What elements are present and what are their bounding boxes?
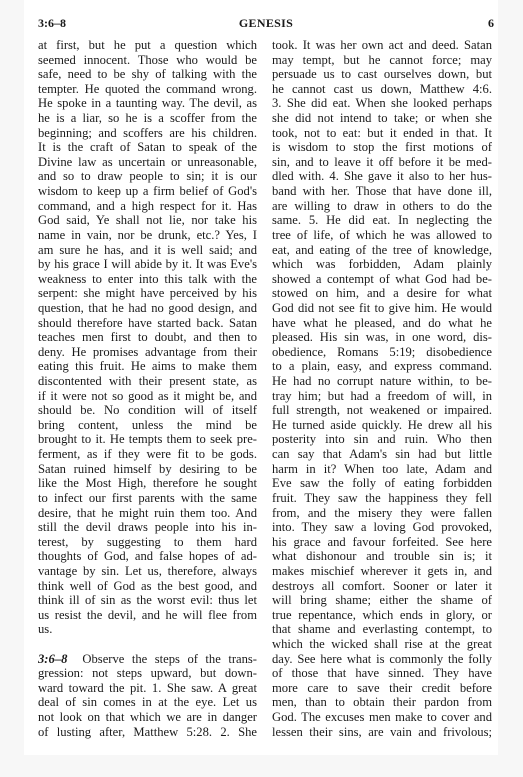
text-line: seemed innocent. Those who would be	[38, 53, 257, 68]
text-line: band with her. Those that have done ill,	[272, 184, 492, 199]
text-line: by his grace I will abide by it. It was …	[38, 257, 257, 272]
text-line: full strength, not weakened or impaired.	[272, 403, 492, 418]
text-line: to a plain, easy, and express command.	[272, 359, 492, 374]
text-line: think ill of sin as the worst evil: thus…	[38, 593, 257, 608]
text-line: fruit. They saw the happiness they fell	[272, 491, 492, 506]
text-line: to infect our first parents with the sam…	[38, 491, 257, 506]
text-line: beginning; and scoffers are his children…	[38, 126, 257, 141]
text-line: gression: not steps upward, but down-	[38, 666, 257, 681]
text-line: think well of God as the best good, and	[38, 579, 257, 594]
text-line: bring content, unless the mind be	[38, 418, 257, 433]
text-line: question, that he had no good design, an…	[38, 301, 257, 316]
book-title: GENESIS	[38, 16, 494, 31]
text-line: discontented with their present state, a…	[38, 374, 257, 389]
text-line: what dishonour and trouble sin is; it	[272, 549, 492, 564]
commentary-paragraph-1: at first, but he put a question whichsee…	[38, 38, 257, 637]
text-line: showed a contempt of what God had be-	[272, 272, 492, 287]
text-line: stowed on him, and a desire for what	[272, 286, 492, 301]
text-line: deal of sin comes in at the eye. Let us	[38, 695, 257, 710]
text-line: into. They saw a loving God provoked,	[272, 520, 492, 535]
text-line: pleased. His sin was, in one word, dis-	[272, 330, 492, 345]
text-line: she did not intend to take; or when she	[272, 111, 492, 126]
text-line: not look on that which we are in danger	[38, 710, 257, 725]
text-line: vantage by sin. Let us, therefore, alway…	[38, 564, 257, 579]
text-line: tree of life, of which he was allowed to	[272, 228, 492, 243]
verse-reference: 3:6–8	[38, 652, 67, 666]
text-line: dled with. 4. She gave it also to her hu…	[272, 169, 492, 184]
text-line: took, not to eat: but it ended in that. …	[272, 126, 492, 141]
text-line: Satan ruined himself by desiring to be	[38, 462, 257, 477]
text-line: are willing to draw in others to do the	[272, 199, 492, 214]
text-line: us resist the devil, and he will flee fr…	[38, 608, 257, 623]
text-line: have what he pleased, and do what he	[272, 316, 492, 331]
text-line: which the wicked shall rise at the great	[272, 637, 492, 652]
text-line: safe, need to be shy of talking with the	[38, 67, 257, 82]
text-line: like the Most High, therefore he sought	[38, 476, 257, 491]
text-line: sin, and to leave it off before it be me…	[272, 155, 492, 170]
paragraph-first-line: 3:6–8 Observe the steps of the trans-	[38, 652, 257, 667]
text-line: He turned aside quickly. He drew all his	[272, 418, 492, 433]
text-line: which was forbidden, Adam plainly	[272, 257, 492, 272]
text-line: deny. He promises advantage from their	[38, 345, 257, 360]
text-line: weakness to enter into this talk with th…	[38, 272, 257, 287]
paragraph-gap	[38, 637, 257, 652]
text-line: posterity into sin and ruin. Who then	[272, 432, 492, 447]
text-line: Observe the steps of the trans-	[82, 652, 257, 666]
text-line: He had no corrupt nature within, to be-	[272, 374, 492, 389]
text-line: ferment, as if they were fit to be gods.	[38, 447, 257, 462]
text-line: serpent: she might have perceived by his	[38, 286, 257, 301]
text-line: God said, Ye shall not lie, nor take his	[38, 213, 257, 228]
text-line: terest, by suggesting to them hard	[38, 535, 257, 550]
commentary-paragraph-2: 3:6–8 Observe the steps of the trans- gr…	[38, 652, 257, 740]
text-line: name in vain, nor be drunk, etc.? Yes, I	[38, 228, 257, 243]
text-line: Eve saw the folly of eating forbidden	[272, 476, 492, 491]
text-line: desire, that he might ruin them too. And	[38, 506, 257, 521]
text-line: makes mischief wherever it gets in, and	[272, 564, 492, 579]
text-line: can say that Adam's sin had but little	[272, 447, 492, 462]
text-line: eat, and eating of the tree of knowledge…	[272, 243, 492, 258]
text-line: and so to draw people to sin; it is our	[38, 169, 257, 184]
text-line: will bring shame; either the shame of	[272, 593, 492, 608]
text-line: if it were not so good as it might be, a…	[38, 389, 257, 404]
text-line: teaches men first to doubt, and then to	[38, 330, 257, 345]
text-line: am sure he has, and it is well said; and	[38, 243, 257, 258]
text-line: persuade us to cast ourselves down, but	[272, 67, 492, 82]
text-line: at first, but he put a question which	[38, 38, 257, 53]
text-line: his grace and favour forfeited. See here	[272, 535, 492, 550]
text-line: command, and a high respect for it. Has	[38, 199, 257, 214]
text-line: destroys all comfort. Sooner or later it	[272, 579, 492, 594]
text-line: ward toward the pit. 1. She saw. A great	[38, 681, 257, 696]
text-line: He spoke in a taunting way. The devil, a…	[38, 96, 257, 111]
text-line: day. See here what is commonly the folly	[272, 652, 492, 667]
text-line: of those that have sinned. They have	[272, 666, 492, 681]
page-number: 6	[488, 16, 494, 31]
text-line: God did not see fit to give him. He woul…	[272, 301, 492, 316]
text-line: still the devil draws people into his in…	[38, 520, 257, 535]
text-line: should be. No condition will of itself	[38, 403, 257, 418]
text-line: more care to save their credit before	[272, 681, 492, 696]
text-line: same. 5. He did eat. In neglecting the	[272, 213, 492, 228]
text-line: men, than to obtain their pardon from	[272, 695, 492, 710]
text-line: that shame and everlasting contempt, to	[272, 622, 492, 637]
text-line: brought to it. He tempts them to seek pr…	[38, 432, 257, 447]
text-line: obedience, Romans 5:19; disobedience	[272, 345, 492, 360]
text-line: he is a liar, so he is a scoffer from th…	[38, 111, 257, 126]
running-head: 3:6–8 GENESIS 6	[38, 16, 494, 32]
text-line: eating this fruit. He aims to make them	[38, 359, 257, 374]
text-line: wisdom to keep up a firm belief of God's	[38, 184, 257, 199]
text-line: took. It was her own act and deed. Satan	[272, 38, 492, 53]
text-line: may tempt, but he cannot force; may	[272, 53, 492, 68]
text-line: 3. She did eat. When she looked perhaps	[272, 96, 492, 111]
text-line: from, and the misery they were fallen	[272, 506, 492, 521]
text-line: tempter. He quoted the command wrong.	[38, 82, 257, 97]
text-line: he cannot cast us down, Matthew 4:6.	[272, 82, 492, 97]
text-line: It is the craft of Satan to speak of the	[38, 140, 257, 155]
text-line: thoughts of God, and false hopes of ad-	[38, 549, 257, 564]
text-line: of lusting after, Matthew 5:28. 2. She	[38, 725, 257, 740]
text-line: harm in it? When too late, Adam and	[272, 462, 492, 477]
text-line: lessen their sins, are vain and frivolou…	[272, 725, 492, 740]
right-column: took. It was her own act and deed. Satan…	[272, 38, 492, 739]
text-line: should therefore have started back. Sata…	[38, 316, 257, 331]
left-column: at first, but he put a question whichsee…	[38, 38, 257, 739]
text-line: tray him; but had a freedom of will, in	[272, 389, 492, 404]
text-line: true repentance, which ends in glory, or	[272, 608, 492, 623]
text-line: Divine law as uncertain or unreasonable,	[38, 155, 257, 170]
text-line: is wisdom to stop the first motions of	[272, 140, 492, 155]
text-line: us.	[38, 622, 257, 637]
text-line: God. The excuses men make to cover and	[272, 710, 492, 725]
